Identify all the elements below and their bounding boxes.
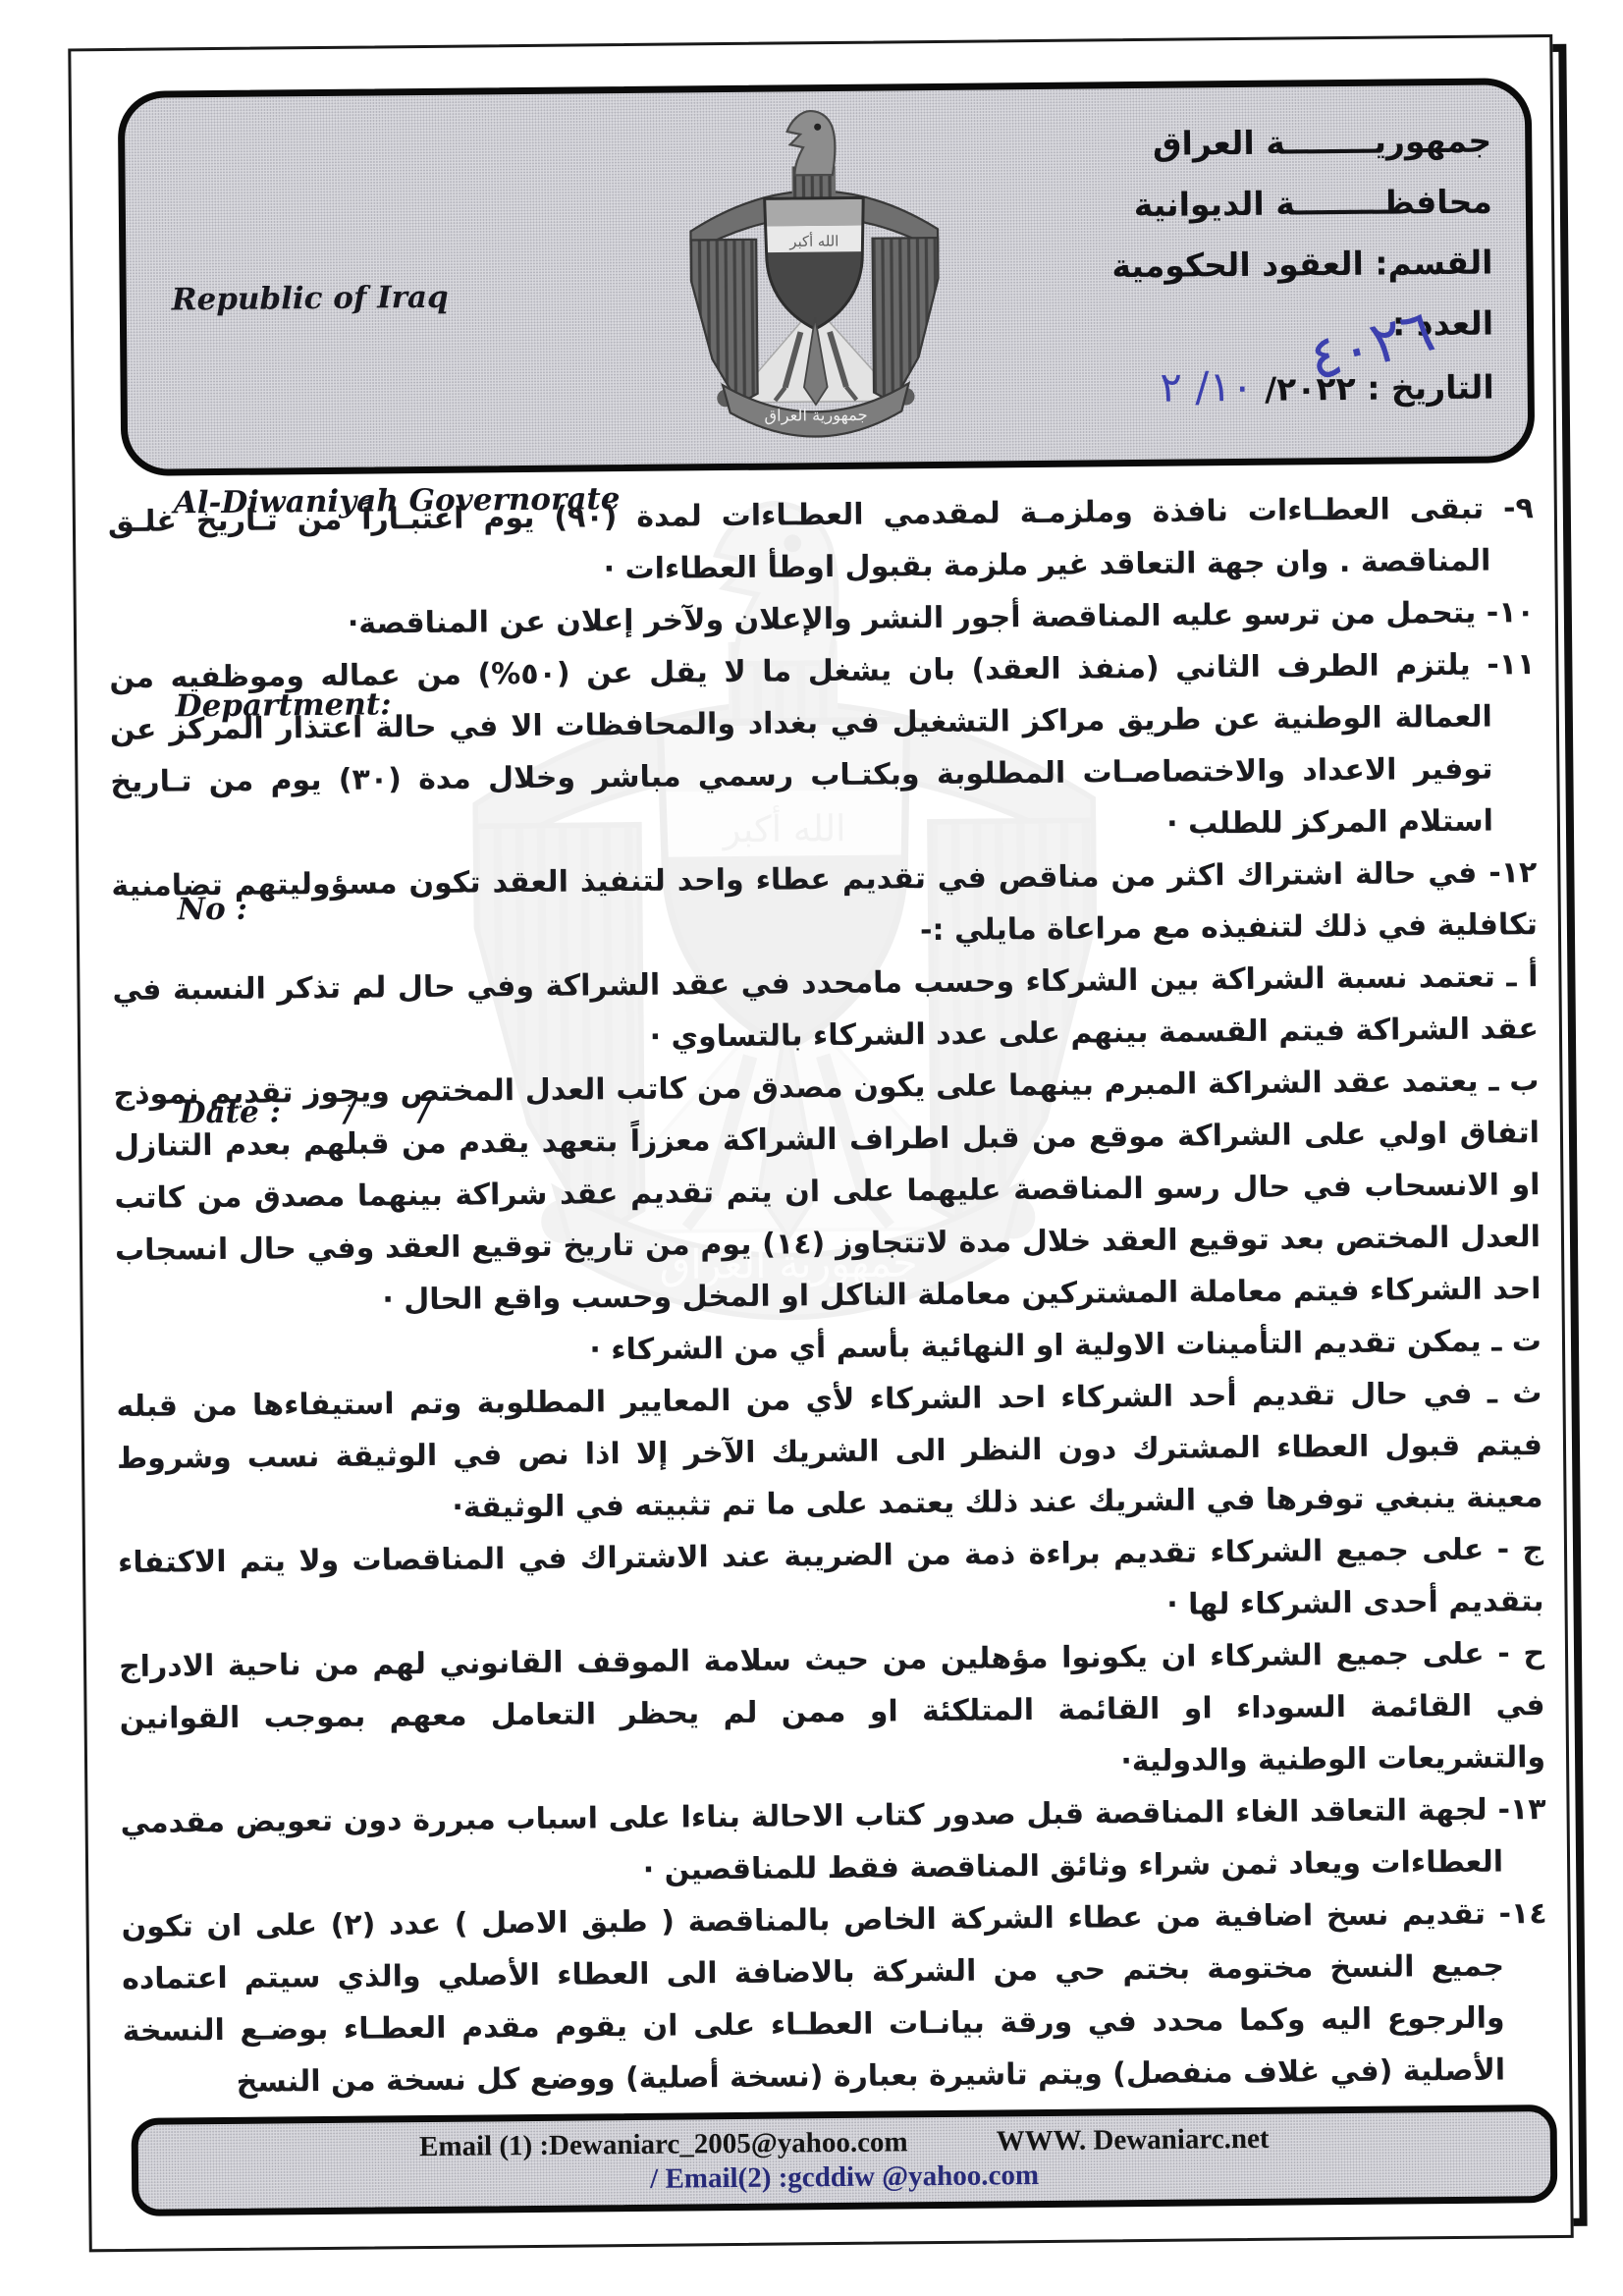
clause-12-b: ب ـ يعتمد عقد الشراكة المبرم بينهما على … [113,1055,1541,1329]
footer-email1: Email (1) :Dewaniarc_2005@yahoo.com [419,2126,908,2163]
arabic-section: القسم: العقود الحكومية [1001,233,1493,299]
clause-12-j: ج - على جميع الشركاء تقديم براءة ذمة من … [118,1523,1544,1641]
clause-12-a: أ ـ تعتمد نسبة الشراكة بين الشركاء وحسب … [112,951,1539,1068]
clause-9: ٩- تبقى العطـاءات نافذة وملزمـة لمقدمي ا… [108,482,1535,600]
letter-body: ٩- تبقى العطـاءات نافذة وملزمـة لمقدمي ا… [108,482,1549,2109]
footer-line-1: Email (1) :Dewaniarc_2005@yahoo.com WWW.… [419,2123,1270,2163]
document-inner-area: Republic of Iraq Al-Diwaniyah Governorat… [89,52,1579,2232]
footer-email2: / Email(2) :gcddiw @yahoo.com [650,2159,1039,2196]
footer-website: WWW. Dewaniarc.net [996,2123,1269,2159]
arabic-country: جمهوريــــــــة العراق [1001,111,1492,177]
clause-13: ١٣- لجهة التعاقد الغاء المناقصة قبل صدور… [120,1783,1546,1901]
date-day-month-handwritten: ١٠/ ٢ [1160,362,1254,411]
document-sheet: Republic of Iraq Al-Diwaniyah Governorat… [81,44,1587,2240]
footer-contact-box: Email (1) :Dewaniarc_2005@yahoo.com WWW.… [132,2105,1558,2216]
arabic-governorate: محافظــــــــة الديوانية [1001,172,1493,238]
clause-12: ١٢- في حالة اشتراك اكثر من مناقص في تقدي… [111,847,1538,964]
clause-14: ١٤- تقديم نسخ اضافية من عطاء الشركة الخا… [121,1887,1548,2109]
letterhead-box: Republic of Iraq Al-Diwaniyah Governorat… [118,78,1536,476]
english-country: Republic of Iraq [171,262,618,334]
clause-11: ١١- يلتزم الطرف الثاني (منفذ العقد) بان … [109,638,1537,860]
clause-12-h: ح - على جميع الشركاء ان يكونوا مؤهلين من… [119,1627,1545,1797]
clause-12-th: ث ـ في حال تقديم أحد الشركاء احد الشركاء… [116,1367,1542,1537]
letterhead-arabic-block: جمهوريــــــــة العراق محافظــــــــة ال… [1001,111,1494,423]
iraq-eagle-emblem-icon [668,100,962,468]
scanned-official-letter: { "header": { "english": { "country": "R… [0,0,1623,2296]
